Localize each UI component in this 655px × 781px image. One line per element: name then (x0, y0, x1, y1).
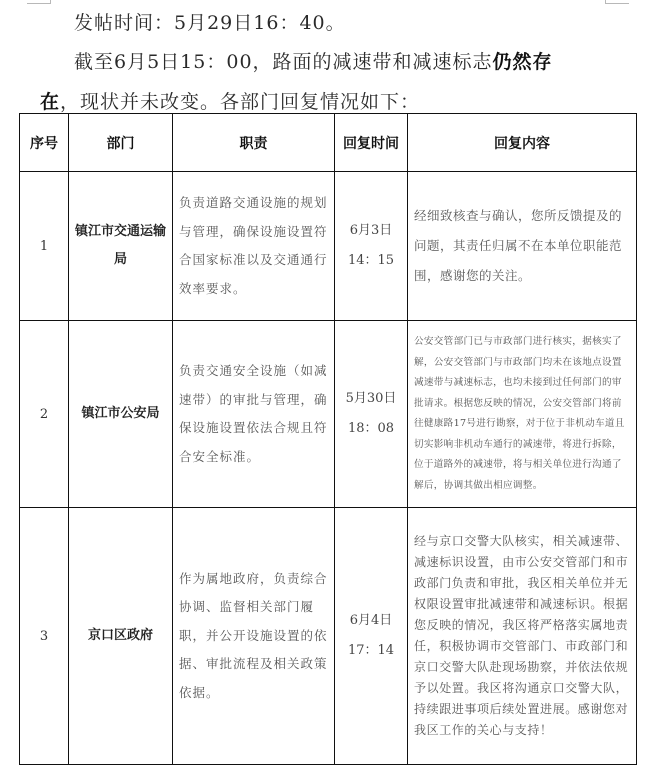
status-emphasis: 仍然存 (493, 51, 553, 73)
status-text: 截至6月5日15：00，路面的减速带和减速标志 (74, 51, 493, 73)
row-reply: 公安交管部门已与市政部门进行核实，据核实了解，公安交管部门与市政部门均未在该地点… (408, 321, 637, 508)
row-time: 5月30日 18：08 (335, 321, 408, 508)
row-time-date: 6月3日 (335, 216, 407, 246)
table-row: 3 京口区政府 作为属地政府，负责综合协调、监督相关部门履职，并公开设施设置的依… (20, 508, 637, 765)
row-reply: 经细致核查与确认，您所反馈提及的问题，其责任归属不在本单位职能范围，感谢您的关注… (408, 172, 637, 321)
row-time: 6月4日 17：14 (335, 508, 408, 765)
row-reply: 经与京口交警大队核实，相关减速带、减速标识设置，由市公安交管部门和市政部门负责和… (408, 508, 637, 765)
header-duty: 职责 (173, 114, 335, 172)
table-header-row: 序号 部门 职责 回复时间 回复内容 (20, 114, 637, 172)
row-time-date: 5月30日 (335, 384, 407, 414)
row-duty: 负责道路交通设施的规划与管理，确保设施设置符合国家标准以及交通通行效率要求。 (173, 172, 335, 321)
header-no: 序号 (20, 114, 69, 172)
row-dept: 镇江市公安局 (69, 321, 173, 508)
page-corner-mark-left (27, 0, 51, 4)
post-time-paragraph: 发帖时间：5月29日16：40。 (74, 8, 346, 35)
department-reply-table: 序号 部门 职责 回复时间 回复内容 1 镇江市交通运输局 负责道路交通设施的规… (19, 113, 637, 765)
row-no: 3 (20, 508, 69, 765)
row-time: 6月3日 14：15 (335, 172, 408, 321)
row-duty: 作为属地政府，负责综合协调、监督相关部门履职，并公开设施设置的依据、审批流程及相… (173, 508, 335, 765)
status-paragraph-line2: 在，现状并未改变。各部门回复情况如下： (40, 87, 420, 114)
post-time-text: 发帖时间：5月29日16：40。 (74, 12, 346, 34)
table-row: 1 镇江市交通运输局 负责道路交通设施的规划与管理，确保设施设置符合国家标准以及… (20, 172, 637, 321)
table-row: 2 镇江市公安局 负责交通安全设施（如减速带）的审批与管理，确保设施设置依法合规… (20, 321, 637, 508)
row-dept: 镇江市交通运输局 (69, 172, 173, 321)
row-time-date: 6月4日 (335, 606, 407, 636)
row-no: 2 (20, 321, 69, 508)
status-emphasis-cont: 在 (40, 91, 60, 113)
header-reply-content: 回复内容 (408, 114, 637, 172)
page-corner-mark-right (605, 0, 629, 4)
row-no: 1 (20, 172, 69, 321)
row-duty: 负责交通安全设施（如减速带）的审批与管理，确保设施设置依法合规且符合安全标准。 (173, 321, 335, 508)
row-time-clock: 18：08 (335, 414, 407, 444)
status-paragraph-line1: 截至6月5日15：00，路面的减速带和减速标志仍然存 (74, 47, 553, 74)
header-dept: 部门 (69, 114, 173, 172)
row-dept: 京口区政府 (69, 508, 173, 765)
status-text-suffix: ，现状并未改变。各部门回复情况如下： (60, 91, 420, 113)
row-time-clock: 14：15 (335, 246, 407, 276)
header-reply-time: 回复时间 (335, 114, 408, 172)
row-time-clock: 17：14 (335, 636, 407, 666)
